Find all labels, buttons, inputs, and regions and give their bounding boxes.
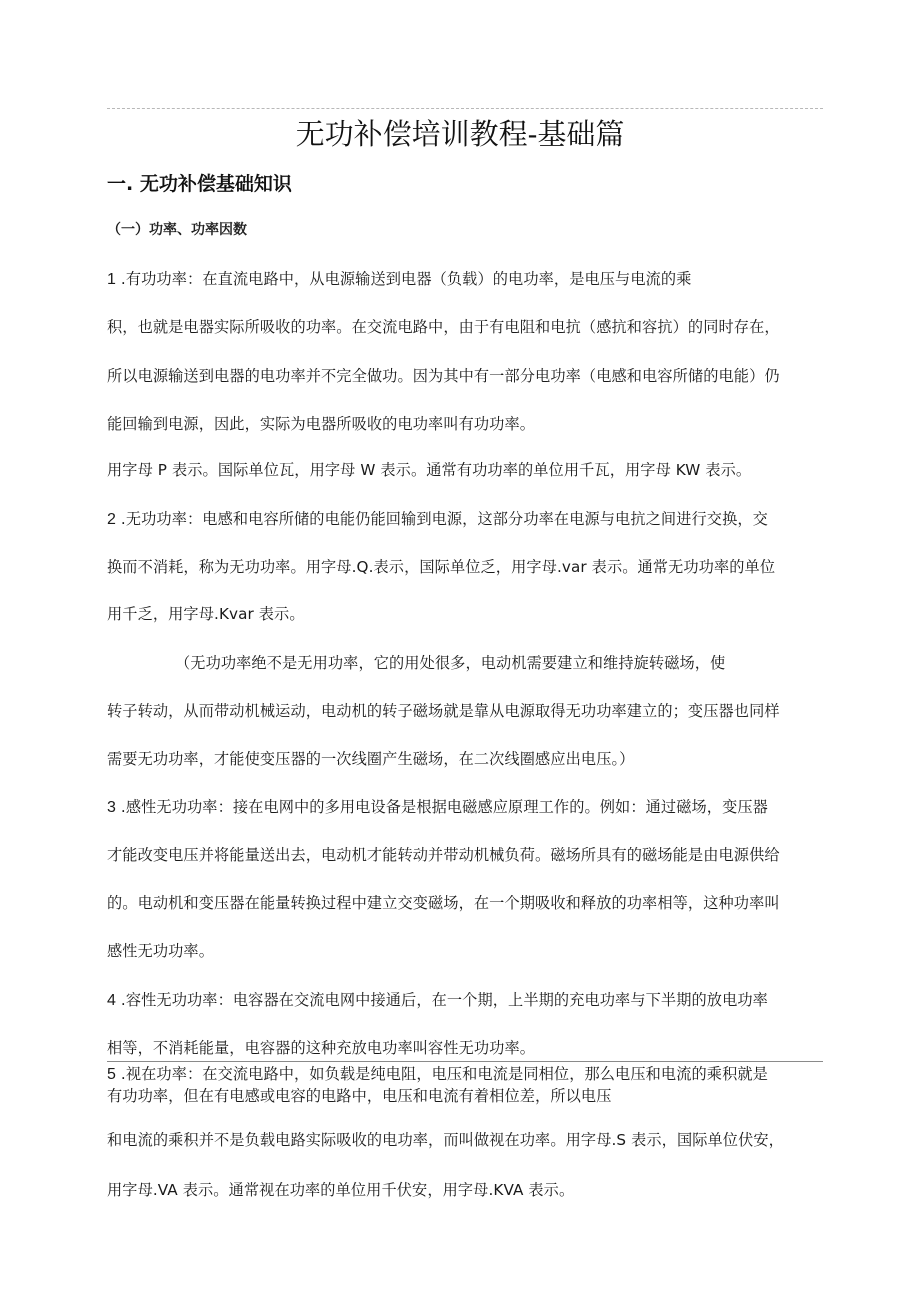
paragraph-line: 所以电源输送到电器的电功率并不完全做功。因为其中有一部分电功率（电感和电容所储的… (107, 365, 780, 386)
paragraph-line: 才能改变电压并将能量送出去，电动机才能转动并带动机械负荷。磁场所具有的磁场能是由… (107, 844, 780, 865)
paragraph-line: 有功功率，但在有电感或电容的电路中，电压和电流有着相位差，所以电压 (107, 1085, 612, 1106)
paragraph-line: 积，也就是电器实际所吸收的功率。在交流电路中，由于有电阻和电抗（感抗和容抗）的同… (107, 316, 780, 337)
paragraph-line: 相等，不消耗能量，电容器的这种充放电功率叫容性无功功率。 (107, 1037, 535, 1058)
item-number: 3 (107, 799, 116, 816)
paragraph-line: 的。电动机和变压器在能量转换过程中建立交变磁场，在一个期吸收和释放的功率相等，这… (107, 892, 780, 913)
paragraph-line: （无功功率绝不是无用功率，它的用处很多，电动机需要建立和维持旋转磁场，使 (175, 652, 725, 673)
item-number: 4 (107, 992, 116, 1009)
paragraph-line: 1 .有功功率：在直流电路中，从电源输送到电器（负载）的电功率，是电压与电流的乘 (107, 268, 692, 289)
document-page: 无功补偿培训教程-基础篇 一. 无功补偿基础知识 （一）功率、功率因数 1 .有… (0, 0, 920, 1303)
page-break-rule (107, 1061, 823, 1062)
item-number: 2 (107, 511, 116, 528)
item-number: 5 (107, 1066, 116, 1083)
subsection-heading: （一）功率、功率因数 (107, 219, 247, 239)
paragraph-line: 需要无功功率，才能使变压器的一次线圈产生磁场，在二次线圈感应出电压。） (107, 748, 634, 769)
paragraph-line: 3 .感性无功功率：接在电网中的多用电设备是根据电磁感应原理工作的。例如：通过磁… (107, 796, 768, 817)
paragraph-line: 换而不消耗，称为无功功率。用字母.Q.表示，国际单位乏，用字母.var 表示。通… (107, 556, 775, 577)
paragraph-line: 用千乏，用字母.Kvar 表示。 (107, 603, 305, 624)
paragraph-line: 用字母.VA 表示。通常视在功率的单位用千伏安，用字母.KVA 表示。 (107, 1179, 574, 1200)
paragraph-line: 2 .无功功率：电感和电容所储的电能仍能回输到电源，这部分功率在电源与电抗之间进… (107, 508, 768, 529)
document-title: 无功补偿培训教程-基础篇 (0, 112, 920, 153)
paragraph-line: 和电流的乘积并不是负载电路实际吸收的电功率，而叫做视在功率。用字母.S 表示，国… (107, 1129, 784, 1150)
paragraph-line: 5 .视在功率：在交流电路中，如负载是纯电阻，电压和电流是同相位，那么电压和电流… (107, 1063, 768, 1084)
paragraph-line: 4 .容性无功功率：电容器在交流电网中接通后，在一个期，上半期的充电功率与下半期… (107, 989, 768, 1010)
paragraph-line: 用字母 P 表示。国际单位瓦，用字母 W 表示。通常有功功率的单位用千瓦，用字母… (107, 459, 751, 480)
section-heading: 一. 无功补偿基础知识 (107, 169, 292, 196)
item-number: 1 (107, 271, 116, 288)
paragraph-line: 能回输到电源，因此，实际为电器所吸收的电功率叫有功功率。 (107, 413, 535, 434)
paragraph-line: 转子转动，从而带动机械运动，电动机的转子磁场就是靠从电源取得无功功率建立的；变压… (107, 700, 780, 721)
header-rule (107, 108, 823, 109)
paragraph-line: 感性无功功率。 (107, 940, 214, 961)
